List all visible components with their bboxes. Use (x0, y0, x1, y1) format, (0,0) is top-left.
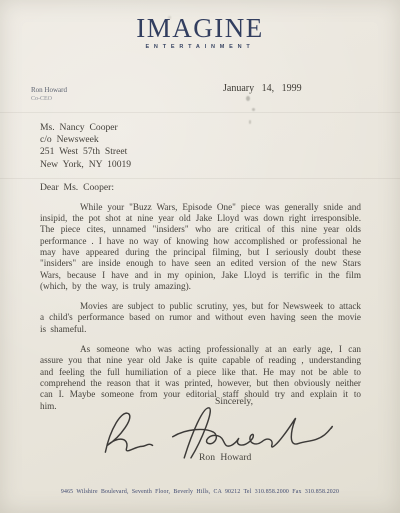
imagine-logo: IMAGINE (0, 15, 400, 42)
recipient-line: Ms. Nancy Cooper (40, 122, 361, 134)
sender-title: Co-CEO (31, 95, 67, 103)
recipient-line: c/o Newsweek (40, 134, 361, 146)
letterhead: IMAGINE ENTERTAINMENT (0, 15, 400, 50)
scanned-letter-page: IMAGINE ENTERTAINMENT Ron Howard Co-CEO … (0, 0, 400, 513)
letter-date: January 14, 1999 (223, 83, 302, 94)
fold-line (0, 112, 400, 113)
letter-body: Ms. Nancy Cooper c/o Newsweek 251 West 5… (40, 122, 361, 412)
recipient-line: New York, NY 10019 (40, 159, 361, 171)
sender-name: Ron Howard (31, 86, 67, 95)
salutation: Dear Ms. Cooper: (40, 182, 361, 193)
recipient-line: 251 West 57th Street (40, 146, 361, 158)
ron-howard-signature (90, 400, 340, 460)
sender-block: Ron Howard Co-CEO (31, 86, 67, 103)
body-paragraph: Movies are subject to public scrutiny, y… (40, 301, 361, 335)
scan-artifact (246, 96, 250, 101)
recipient-address: Ms. Nancy Cooper c/o Newsweek 251 West 5… (40, 122, 361, 171)
footer-address: 9465 Wilshire Boulevard, Seventh Floor, … (0, 489, 400, 495)
body-paragraph: While your "Buzz Wars, Episode One" piec… (40, 202, 361, 292)
imagine-logo-subtitle: ENTERTAINMENT (0, 44, 400, 50)
scan-artifact (252, 108, 255, 111)
typed-signature-name: Ron Howard (199, 452, 251, 463)
